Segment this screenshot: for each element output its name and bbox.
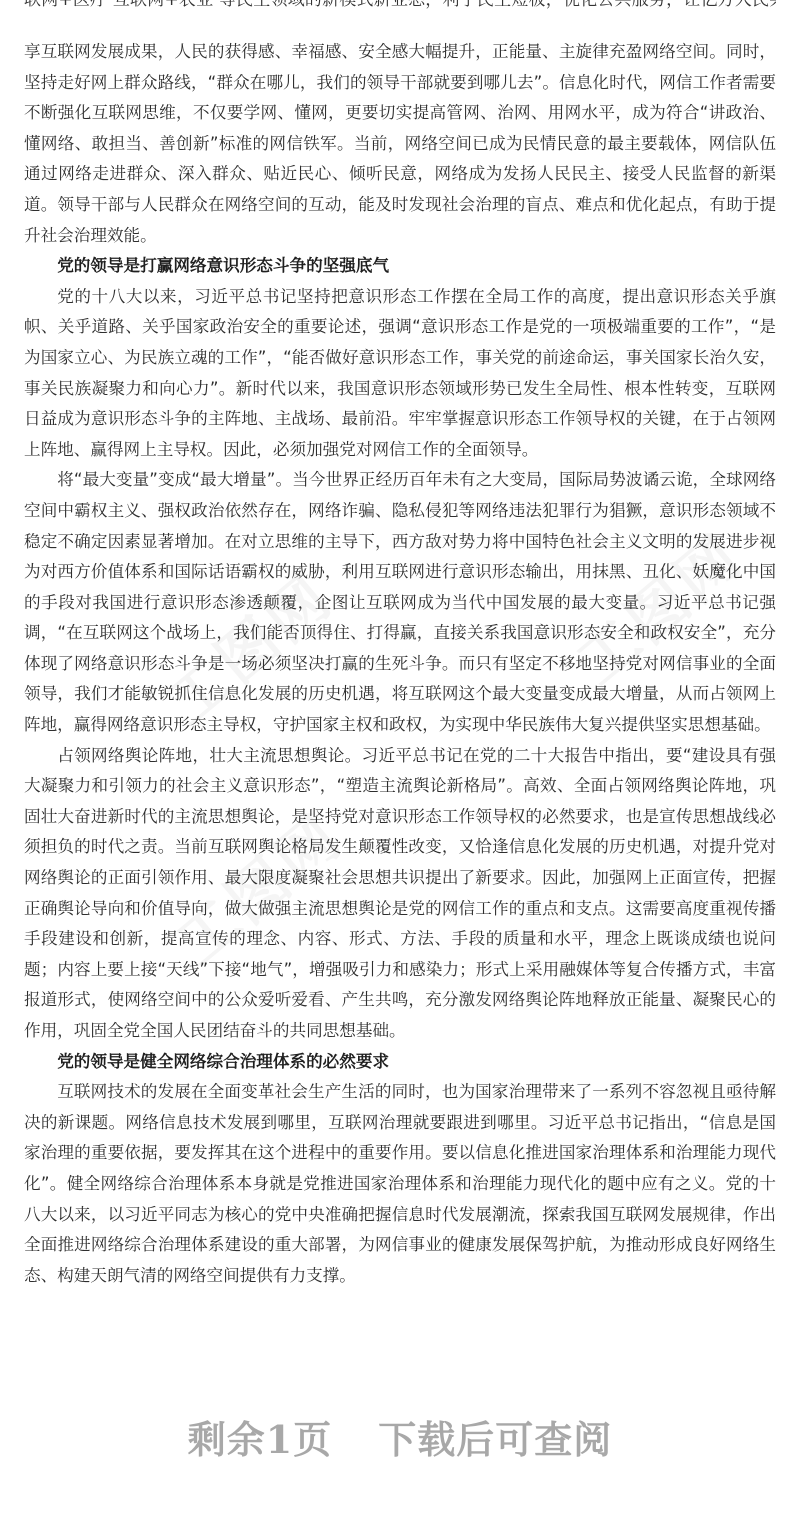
document-body: 享互联网发展成果，人民的获得感、幸福感、安全感大幅提升，正能量、主旋律充盈网络空… bbox=[24, 37, 776, 1291]
paragraph: 互联网技术的发展在全面变革社会生产生活的同时，也为国家治理带来了一系列不容忽视且… bbox=[24, 1077, 776, 1291]
document-page: 联网+医疗 互联网+农业 等民生领域的新模式新业态，利于民生短板，优化公共服务，… bbox=[0, 0, 800, 1518]
previous-page-partial-line: 联网+医疗 互联网+农业 等民生领域的新模式新业态，利于民生短板，优化公共服务，… bbox=[24, 0, 776, 13]
paragraph: 占领网络舆论阵地，壮大主流思想舆论。习近平总书记在党的二十大报告中指出，要“建设… bbox=[24, 741, 776, 1047]
download-to-view-label[interactable]: 下载后可查阅 bbox=[378, 1417, 612, 1462]
section-heading: 党的领导是打赢网络意识形态斗争的坚强底气 bbox=[24, 251, 776, 282]
paywall-banner[interactable]: 剩余1页下载后可查阅 bbox=[0, 1410, 800, 1470]
paragraph: 享互联网发展成果，人民的获得感、幸福感、安全感大幅提升，正能量、主旋律充盈网络空… bbox=[24, 37, 776, 251]
paragraph: 将“最大变量”变成“最大增量”。当今世界正经历百年未有之大变局，国际局势波谲云诡… bbox=[24, 465, 776, 740]
remaining-pages-label: 剩余1页 bbox=[188, 1417, 332, 1462]
paragraph: 党的十八大以来，习近平总书记坚持把意识形态工作摆在全局工作的高度，提出意识形态关… bbox=[24, 282, 776, 466]
section-heading: 党的领导是健全网络综合治理体系的必然要求 bbox=[24, 1047, 776, 1078]
